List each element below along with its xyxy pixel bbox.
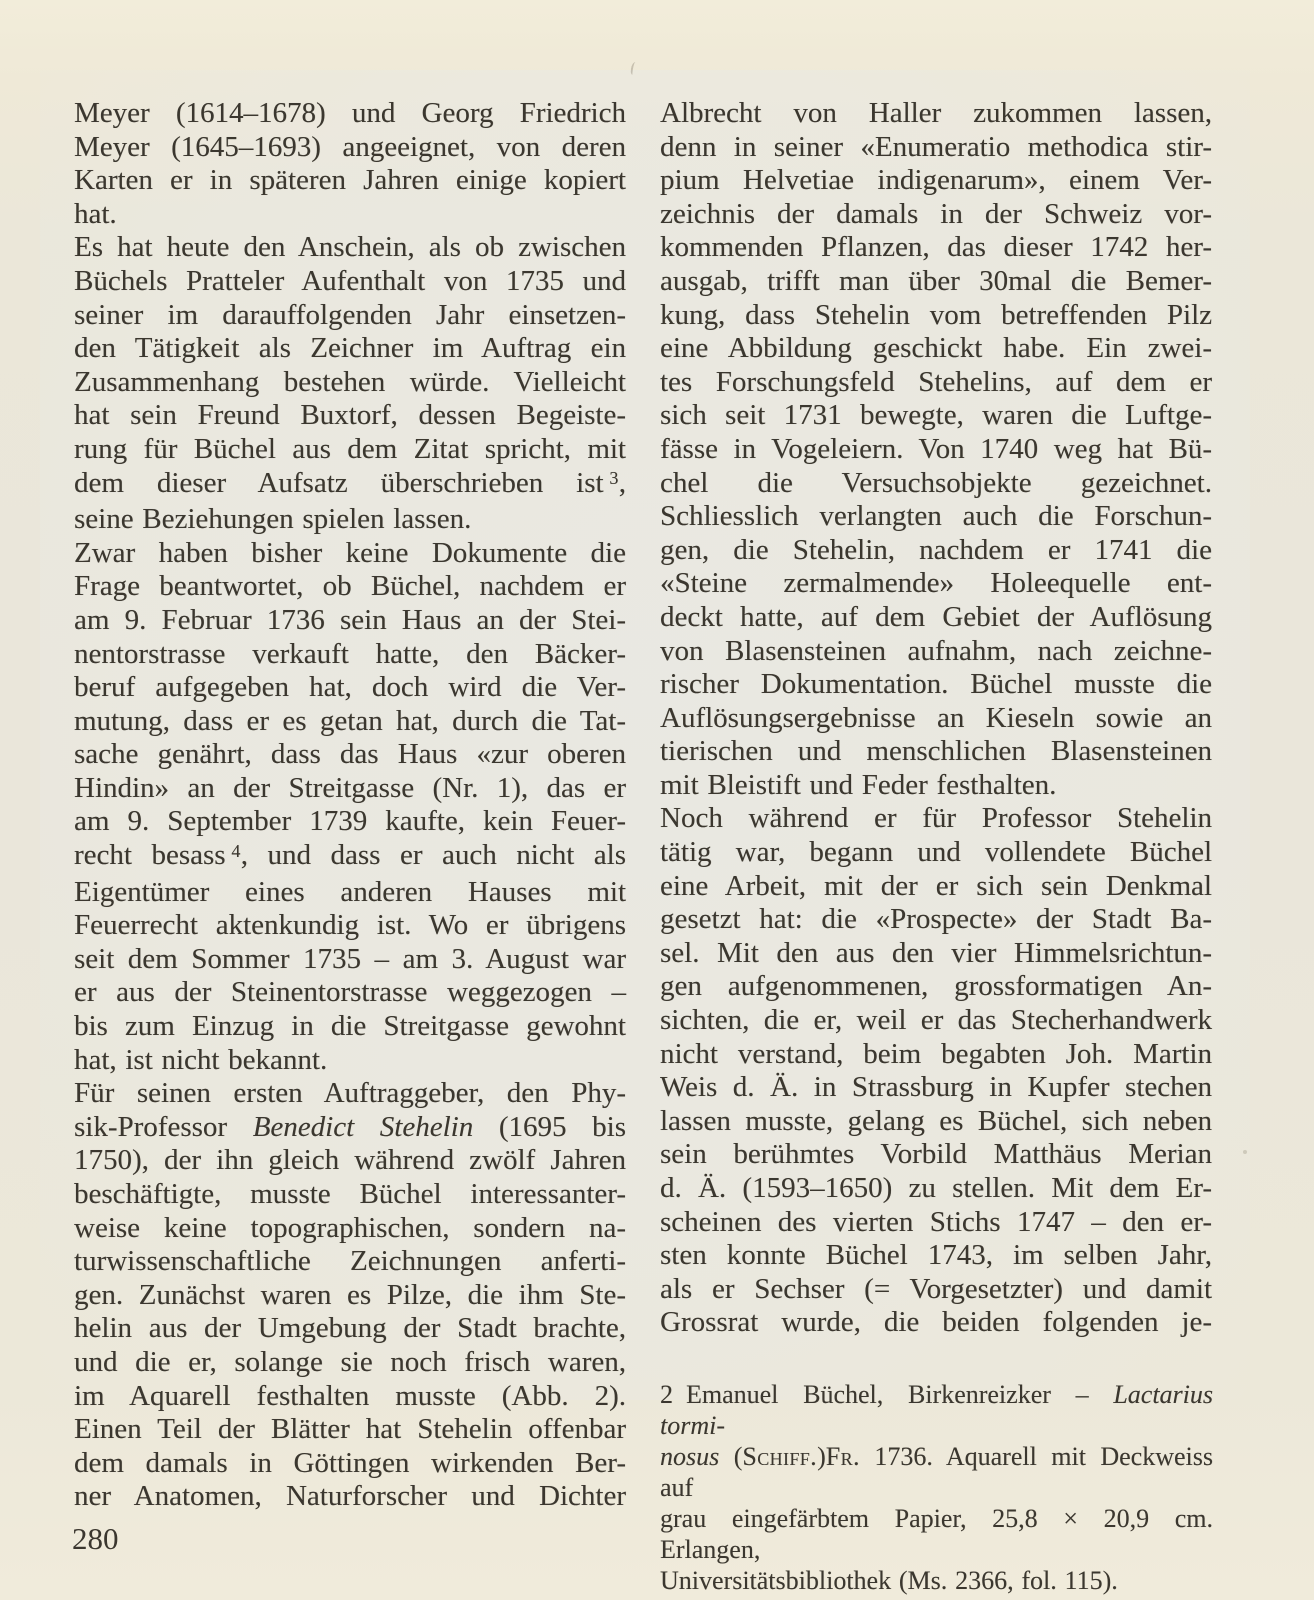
text-line: beruf aufgegeben hat, doch wird die Ver- [74, 671, 626, 705]
text-line: gesetzt hat: die «Prospecte» der Stadt B… [660, 903, 1212, 937]
text-line: sichten, die er, weil er das Stecherhand… [660, 1004, 1212, 1038]
text-line: nicht verstand, beim begabten Joh. Marti… [660, 1038, 1212, 1072]
footnote: 2 Emanuel Büchel, Birkenreizker – Lactar… [660, 1379, 1213, 1596]
text-line: sik-Professor Benedict Stehelin (1695 bi… [74, 1111, 626, 1145]
text-line: kung, dass Stehelin vom betreffenden Pil… [660, 299, 1212, 333]
text-line: Weis d. Ä. in Strassburg in Kupfer stech… [660, 1071, 1212, 1105]
text-line: zeichnis der damals in der Schweiz vor- [660, 198, 1212, 232]
text-line: als er Sechser (= Vorgesetzter) und dami… [660, 1273, 1212, 1307]
text-line: gen. Zunächst waren es Pilze, die ihm St… [74, 1279, 626, 1313]
text-line: Für seinen ersten Auftraggeber, den Phy- [74, 1077, 626, 1111]
scan-speck [1243, 1150, 1247, 1154]
text-line: hat. [74, 198, 626, 232]
text-line: von Blasensteinen aufnahm, nach zeichne- [660, 635, 1212, 669]
text-line: Grossrat wurde, die beiden folgenden je- [660, 1306, 1212, 1340]
text-line: beschäftigte, musste Büchel interessante… [74, 1178, 626, 1212]
text-line: hat sein Freund Buxtorf, dessen Begeiste… [74, 399, 626, 433]
text-line: seine Beziehungen spielen lassen. [74, 503, 626, 537]
text-line: grau eingefärbtem Papier, 25,8 × 20,9 cm… [660, 1503, 1213, 1565]
text-line: tierischen und menschlichen Blasensteine… [660, 735, 1212, 769]
text-line: sich seit 1731 bewegte, waren die Luftge… [660, 399, 1212, 433]
text-line: Frage beantwortet, ob Büchel, nachdem er [74, 570, 626, 604]
left-text-column: Meyer (1614–1678) und Georg FriedrichMey… [74, 97, 626, 1514]
text-line: ausgab, trifft man über 30mal die Bemer- [660, 265, 1212, 299]
text-line: sache genährt, dass das Haus «zur oberen [74, 738, 626, 772]
text-line: 2 Emanuel Büchel, Birkenreizker – Lactar… [660, 1379, 1213, 1441]
text-line: den Tätigkeit als Zeichner im Auftrag ei… [74, 332, 626, 366]
text-line: turwissenschaftliche Zeichnungen anferti… [74, 1245, 626, 1279]
text-line: Noch während er für Professor Stehelin [660, 802, 1212, 836]
text-line: scheinen des vierten Stichs 1747 – den e… [660, 1206, 1212, 1240]
text-line: Meyer (1614–1678) und Georg Friedrich [74, 97, 626, 131]
text-line: Es hat heute den Anschein, als ob zwisch… [74, 231, 626, 265]
text-line: d. Ä. (1593–1650) zu stellen. Mit dem Er… [660, 1172, 1212, 1206]
text-line: Eigentümer eines anderen Hauses mit [74, 876, 626, 910]
text-line: mit Bleistift und Feder festhalten. [660, 769, 1212, 803]
text-line: ner Anatomen, Naturforscher und Dichter [74, 1480, 626, 1514]
text-line: bis zum Einzug in die Streitgasse gewohn… [74, 1010, 626, 1044]
text-line: mutung, dass er es getan hat, durch die … [74, 705, 626, 739]
text-line: weise keine topographischen, sondern na- [74, 1212, 626, 1246]
text-line: Karten er in späteren Jahren einige kopi… [74, 164, 626, 198]
page-number: 280 [72, 1522, 119, 1556]
text-line: eine Arbeit, mit der er sich sein Denkma… [660, 870, 1212, 904]
text-line: dem damals in Göttingen wirkenden Ber- [74, 1447, 626, 1481]
scan-speck [630, 62, 638, 76]
text-line: kommenden Pflanzen, das dieser 1742 her- [660, 231, 1212, 265]
text-line: hat, ist nicht bekannt. [74, 1044, 626, 1078]
text-line: Zusammenhang bestehen würde. Vielleicht [74, 366, 626, 400]
text-line: Hindin» an der Streitgasse (Nr. 1), das … [74, 772, 626, 806]
text-line: Büchels Pratteler Aufenthalt von 1735 un… [74, 265, 626, 299]
text-line: lassen musste, gelang es Büchel, sich ne… [660, 1105, 1212, 1139]
text-line: rischer Dokumentation. Büchel musste die [660, 668, 1212, 702]
text-line: und die er, solange sie noch frisch ware… [74, 1346, 626, 1380]
text-line: am 9. September 1739 kaufte, kein Feuer- [74, 805, 626, 839]
text-line: Auflösungsergebnisse an Kieseln sowie an [660, 702, 1212, 736]
text-line: seiner im darauffolgenden Jahr einsetzen… [74, 299, 626, 333]
text-line: Feuerrecht aktenkundig ist. Wo er übrige… [74, 909, 626, 943]
text-line: er aus der Steinentorstrasse weggezogen … [74, 976, 626, 1010]
text-line: im Aquarell festhalten musste (Abb. 2). [74, 1380, 626, 1414]
text-line: eine Abbildung geschickt habe. Ein zwei- [660, 332, 1212, 366]
text-line: rung für Büchel aus dem Zitat spricht, m… [74, 433, 626, 467]
text-line: gen aufgenommenen, grossformatigen An- [660, 970, 1212, 1004]
text-line: Meyer (1645–1693) angeeignet, von deren [74, 131, 626, 165]
text-line: Zwar haben bisher keine Dokumente die [74, 537, 626, 571]
text-line: nosus (Schiff.)Fr. 1736. Aquarell mit De… [660, 1441, 1213, 1503]
text-line: seit dem Sommer 1735 – am 3. August war [74, 943, 626, 977]
text-line: chel die Versuchsobjekte gezeichnet. [660, 467, 1212, 501]
book-page-scan: { "page": { "number": "280" }, "colors":… [0, 0, 1314, 1600]
text-line: deckt hatte, auf dem Gebiet der Auflösun… [660, 601, 1212, 635]
text-line: sein berühmtes Vorbild Matthäus Merian [660, 1138, 1212, 1172]
text-line: 1750), der ihn gleich während zwölf Jahr… [74, 1144, 626, 1178]
text-line: Schliesslich verlangten auch die Forschu… [660, 500, 1212, 534]
text-line: tes Forschungsfeld Stehelins, auf dem er [660, 366, 1212, 400]
text-line: denn in seiner «Enumeratio methodica sti… [660, 131, 1212, 165]
text-line: Albrecht von Haller zukommen lassen, [660, 97, 1212, 131]
text-line: helin aus der Umgebung der Stadt brachte… [74, 1312, 626, 1346]
text-line: sel. Mit den aus den vier Himmelsrichtun… [660, 937, 1212, 971]
text-line: tätig war, begann und vollendete Büchel [660, 836, 1212, 870]
text-line: pium Helvetiae indigenarum», einem Ver- [660, 164, 1212, 198]
text-line: dem dieser Aufsatz überschrieben ist 3, [74, 467, 626, 504]
right-text-column: Albrecht von Haller zukommen lassen,denn… [660, 97, 1212, 1340]
text-line: Universitätsbibliothek (Ms. 2366, fol. 1… [660, 1565, 1213, 1596]
text-line: am 9. Februar 1736 sein Haus an der Stei… [74, 604, 626, 638]
text-line: Einen Teil der Blätter hat Stehelin offe… [74, 1413, 626, 1447]
text-line: recht besass 4, und dass er auch nicht a… [74, 839, 626, 876]
text-line: gen, die Stehelin, nachdem er 1741 die [660, 534, 1212, 568]
text-line: nentorstrasse verkauft hatte, den Bäcker… [74, 638, 626, 672]
text-line: sten konnte Büchel 1743, im selben Jahr, [660, 1239, 1212, 1273]
text-line: «Steine zermalmende» Holeequelle ent- [660, 567, 1212, 601]
text-line: fässe in Vogeleiern. Von 1740 weg hat Bü… [660, 433, 1212, 467]
